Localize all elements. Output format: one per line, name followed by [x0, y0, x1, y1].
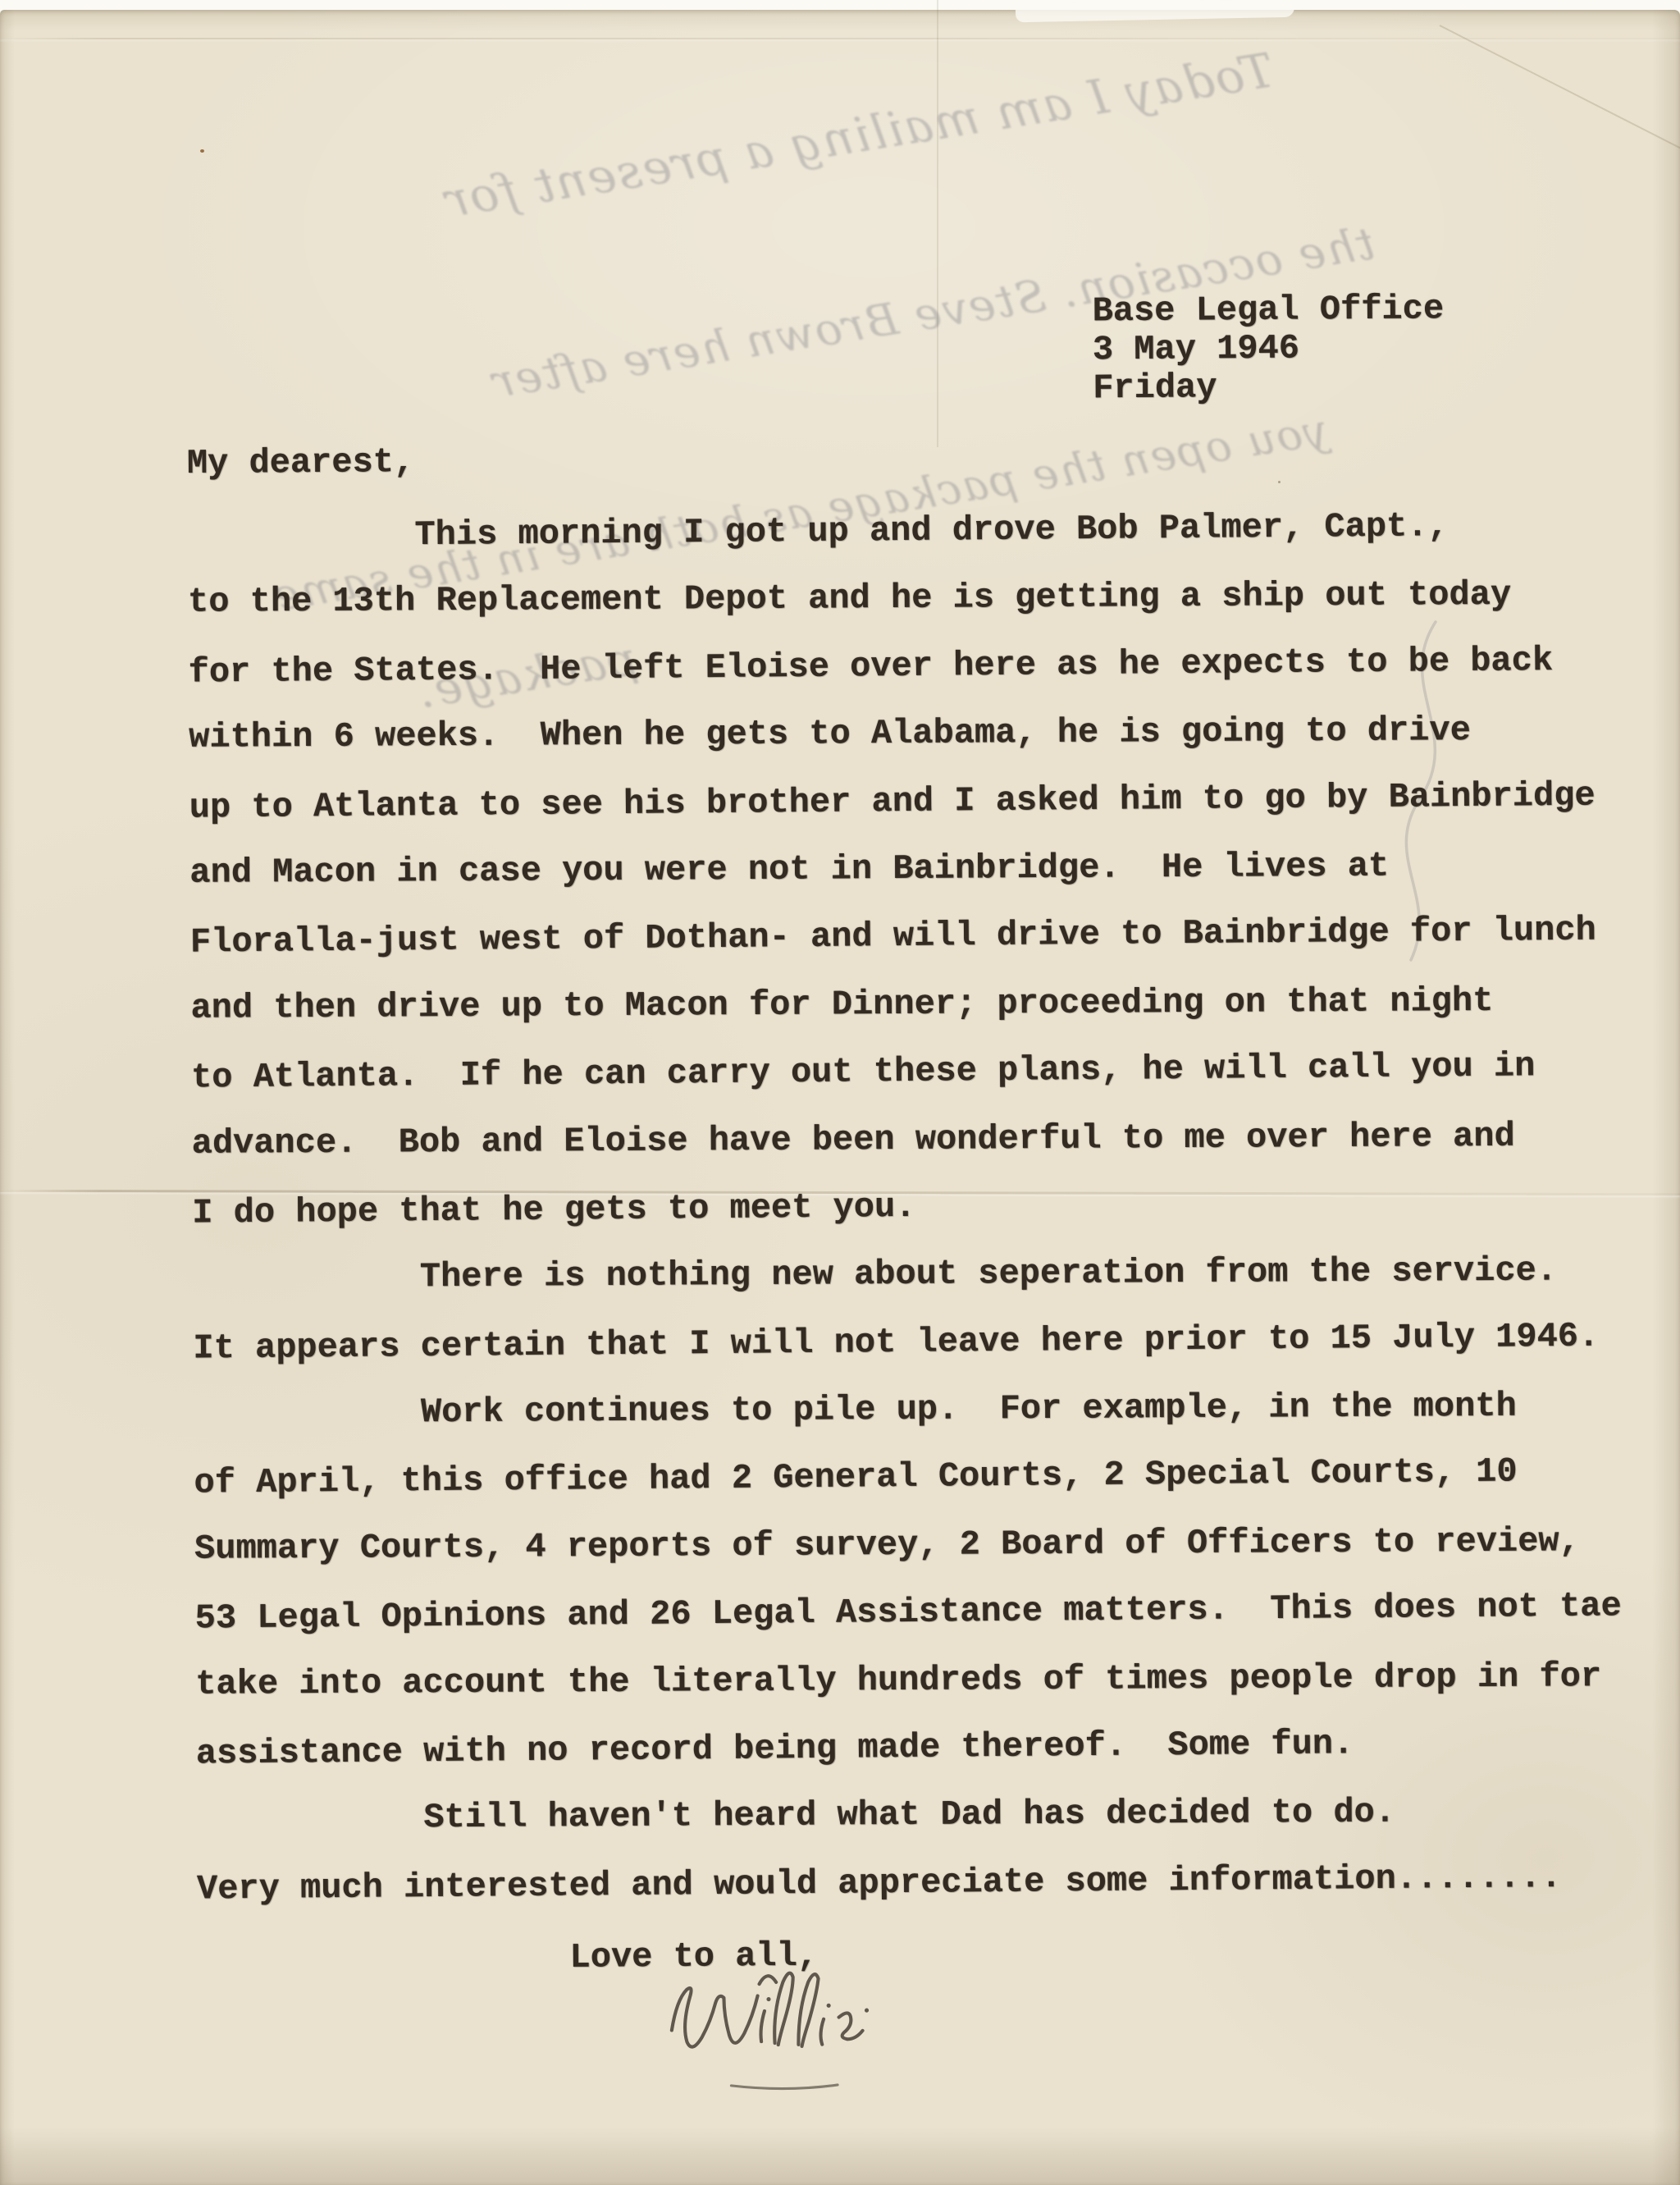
signature-l1-stroke	[774, 1973, 794, 2045]
letter-line: It appears certain that I will not leave…	[193, 1302, 1637, 1383]
letter-content: Base Legal Office 3 May 1946 Friday My d…	[0, 0, 1680, 2185]
letterhead-day: Friday	[1093, 370, 1217, 405]
letter-line: There is nothing new about seperation fr…	[193, 1236, 1637, 1312]
letter-line: to the 13th Replacement Depot and he is …	[188, 560, 1632, 636]
signature-i2-stroke	[820, 2019, 824, 2045]
salutation: My dearest,	[187, 445, 415, 481]
scanned-letter-page: Today I am mailing a present forthe occa…	[0, 0, 1680, 2185]
letter-line: to Atlanta. If he can carry out these pl…	[191, 1031, 1636, 1112]
signature-l2-stroke	[798, 1974, 819, 2046]
letter-line: assistance with no record being made the…	[196, 1707, 1641, 1788]
letter-line: Floralla-just west of Dothan- and will d…	[190, 897, 1635, 977]
signature-i-dot	[766, 1997, 770, 2001]
letter-line: for the States. He left Eloise over here…	[188, 626, 1632, 706]
signature-accent-stroke	[759, 1976, 776, 1984]
signature-s-stroke	[839, 2013, 863, 2039]
letter-line: advance. Bob and Eloise have been wonder…	[191, 1101, 1635, 1177]
letter-line: take into account the literally hundreds…	[195, 1643, 1639, 1718]
letter-line: Summary Courts, 4 reports of survey, 2 B…	[194, 1507, 1638, 1583]
letter-line: This morning I got up and drove Bob Palm…	[187, 491, 1632, 571]
signature-willis	[657, 1958, 879, 2107]
letter-line: Work continues to pile up. For example, …	[194, 1372, 1637, 1447]
letter-line: and then drive up to Macon for Dinner; p…	[190, 967, 1634, 1042]
letter-line: of April, this office had 2 General Cour…	[194, 1438, 1638, 1518]
letter-line: 53 Legal Opinions and 26 Legal Assistanc…	[194, 1572, 1639, 1652]
letter-line: up to Atlanta to see his brother and I a…	[189, 761, 1633, 842]
letter-line: within 6 weeks. When he gets to Alabama,…	[189, 696, 1632, 771]
letter-line: Still haven't heard what Dad has decided…	[196, 1777, 1640, 1853]
signature-i-stroke	[760, 2011, 765, 2041]
signature-end-dot	[865, 2009, 869, 2013]
letter-line: I do hope that he gets to meet you.	[192, 1167, 1637, 1247]
signature-underline	[731, 2085, 838, 2089]
letter-line: Very much interested and would appreciat…	[197, 1843, 1641, 1923]
signature-i2-dot	[827, 2004, 831, 2008]
signature-w-stroke	[672, 1987, 758, 2046]
letterhead-date: 3 May 1946	[1093, 331, 1299, 368]
letter-line: and Macon in case you were not in Bainbr…	[189, 831, 1633, 907]
letter-body: This morning I got up and drove Bob Palm…	[187, 492, 1641, 1922]
letterhead-office: Base Legal Office	[1092, 291, 1444, 328]
